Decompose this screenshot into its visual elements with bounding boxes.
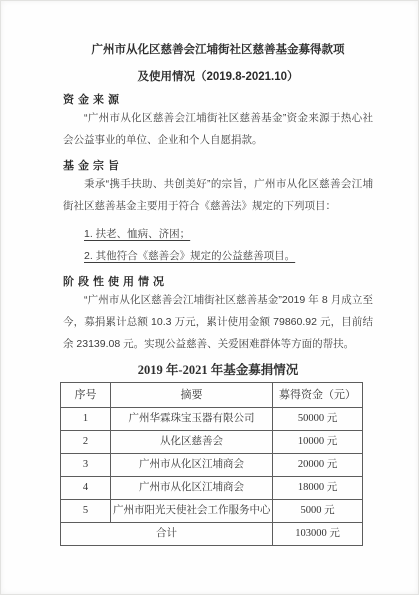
- funding-source-paragraph: “广州市从化区慈善会江埔街社区慈善基金”资金来源于热心社会公益事业的单位、企业和…: [63, 107, 373, 151]
- table-header-index: 序号: [61, 383, 111, 408]
- table-total-row: 合计 103000 元: [61, 523, 363, 546]
- table-header-amount: 募得资金（元）: [273, 383, 363, 408]
- row-index: 5: [61, 500, 111, 523]
- total-amount: 103000 元: [273, 523, 363, 546]
- usage-paragraph: “广州市从化区慈善会江埔街社区慈善基金”2019 年 8 月成立至今，募捐累计总…: [63, 289, 373, 355]
- row-amount: 18000 元: [273, 477, 363, 500]
- donation-table: 序号 摘要 募得资金（元） 1 广州华霖珠宝玉器有限公司 50000 元 2 从…: [60, 382, 363, 546]
- row-amount: 10000 元: [273, 431, 363, 454]
- fund-purpose-item-1: 1. 扶老、恤病、济困；: [84, 223, 373, 245]
- row-index: 4: [61, 477, 111, 500]
- scanned-document-page: 广州市从化区慈善会江埔街社区慈善基金募得款项 及使用情况（2019.8-2021…: [0, 0, 419, 595]
- section-heading-usage: 阶段性使用情况: [63, 275, 373, 289]
- row-amount: 20000 元: [273, 454, 363, 477]
- row-summary: 广州市从化区江埔商会: [111, 454, 273, 477]
- table-row: 2 从化区慈善会 10000 元: [61, 431, 363, 454]
- section-heading-funding-source: 资金来源: [63, 93, 373, 107]
- row-index: 3: [61, 454, 111, 477]
- row-summary: 广州市从化区江埔商会: [111, 477, 273, 500]
- row-summary: 广州华霖珠宝玉器有限公司: [111, 408, 273, 431]
- donation-table-title: 2019 年-2021 年基金募捐情况: [63, 363, 373, 378]
- table-header-summary: 摘要: [111, 383, 273, 408]
- row-summary: 广州市阳光天使社会工作服务中心: [111, 500, 273, 523]
- page-title-line1: 广州市从化区慈善会江埔街社区慈善基金募得款项: [63, 43, 373, 57]
- table-row: 4 广州市从化区江埔商会 18000 元: [61, 477, 363, 500]
- table-row: 3 广州市从化区江埔商会 20000 元: [61, 454, 363, 477]
- fund-purpose-paragraph: 秉承“携手扶助、共创美好”的宗旨，广州市从化区慈善会江埔街社区慈善基金主要用于符…: [63, 173, 373, 217]
- row-index: 2: [61, 431, 111, 454]
- table-header-row: 序号 摘要 募得资金（元）: [61, 383, 363, 408]
- total-label: 合计: [61, 523, 273, 546]
- row-summary: 从化区慈善会: [111, 431, 273, 454]
- page-title-line2: 及使用情况（2019.8-2021.10）: [63, 70, 373, 84]
- table-row: 1 广州华霖珠宝玉器有限公司 50000 元: [61, 408, 363, 431]
- fund-purpose-item-2: 2. 其他符合《慈善会》规定的公益慈善项目。: [84, 245, 373, 267]
- table-row: 5 广州市阳光天使社会工作服务中心 5000 元: [61, 500, 363, 523]
- section-heading-fund-purpose: 基金宗旨: [63, 159, 373, 173]
- row-index: 1: [61, 408, 111, 431]
- row-amount: 50000 元: [273, 408, 363, 431]
- row-amount: 5000 元: [273, 500, 363, 523]
